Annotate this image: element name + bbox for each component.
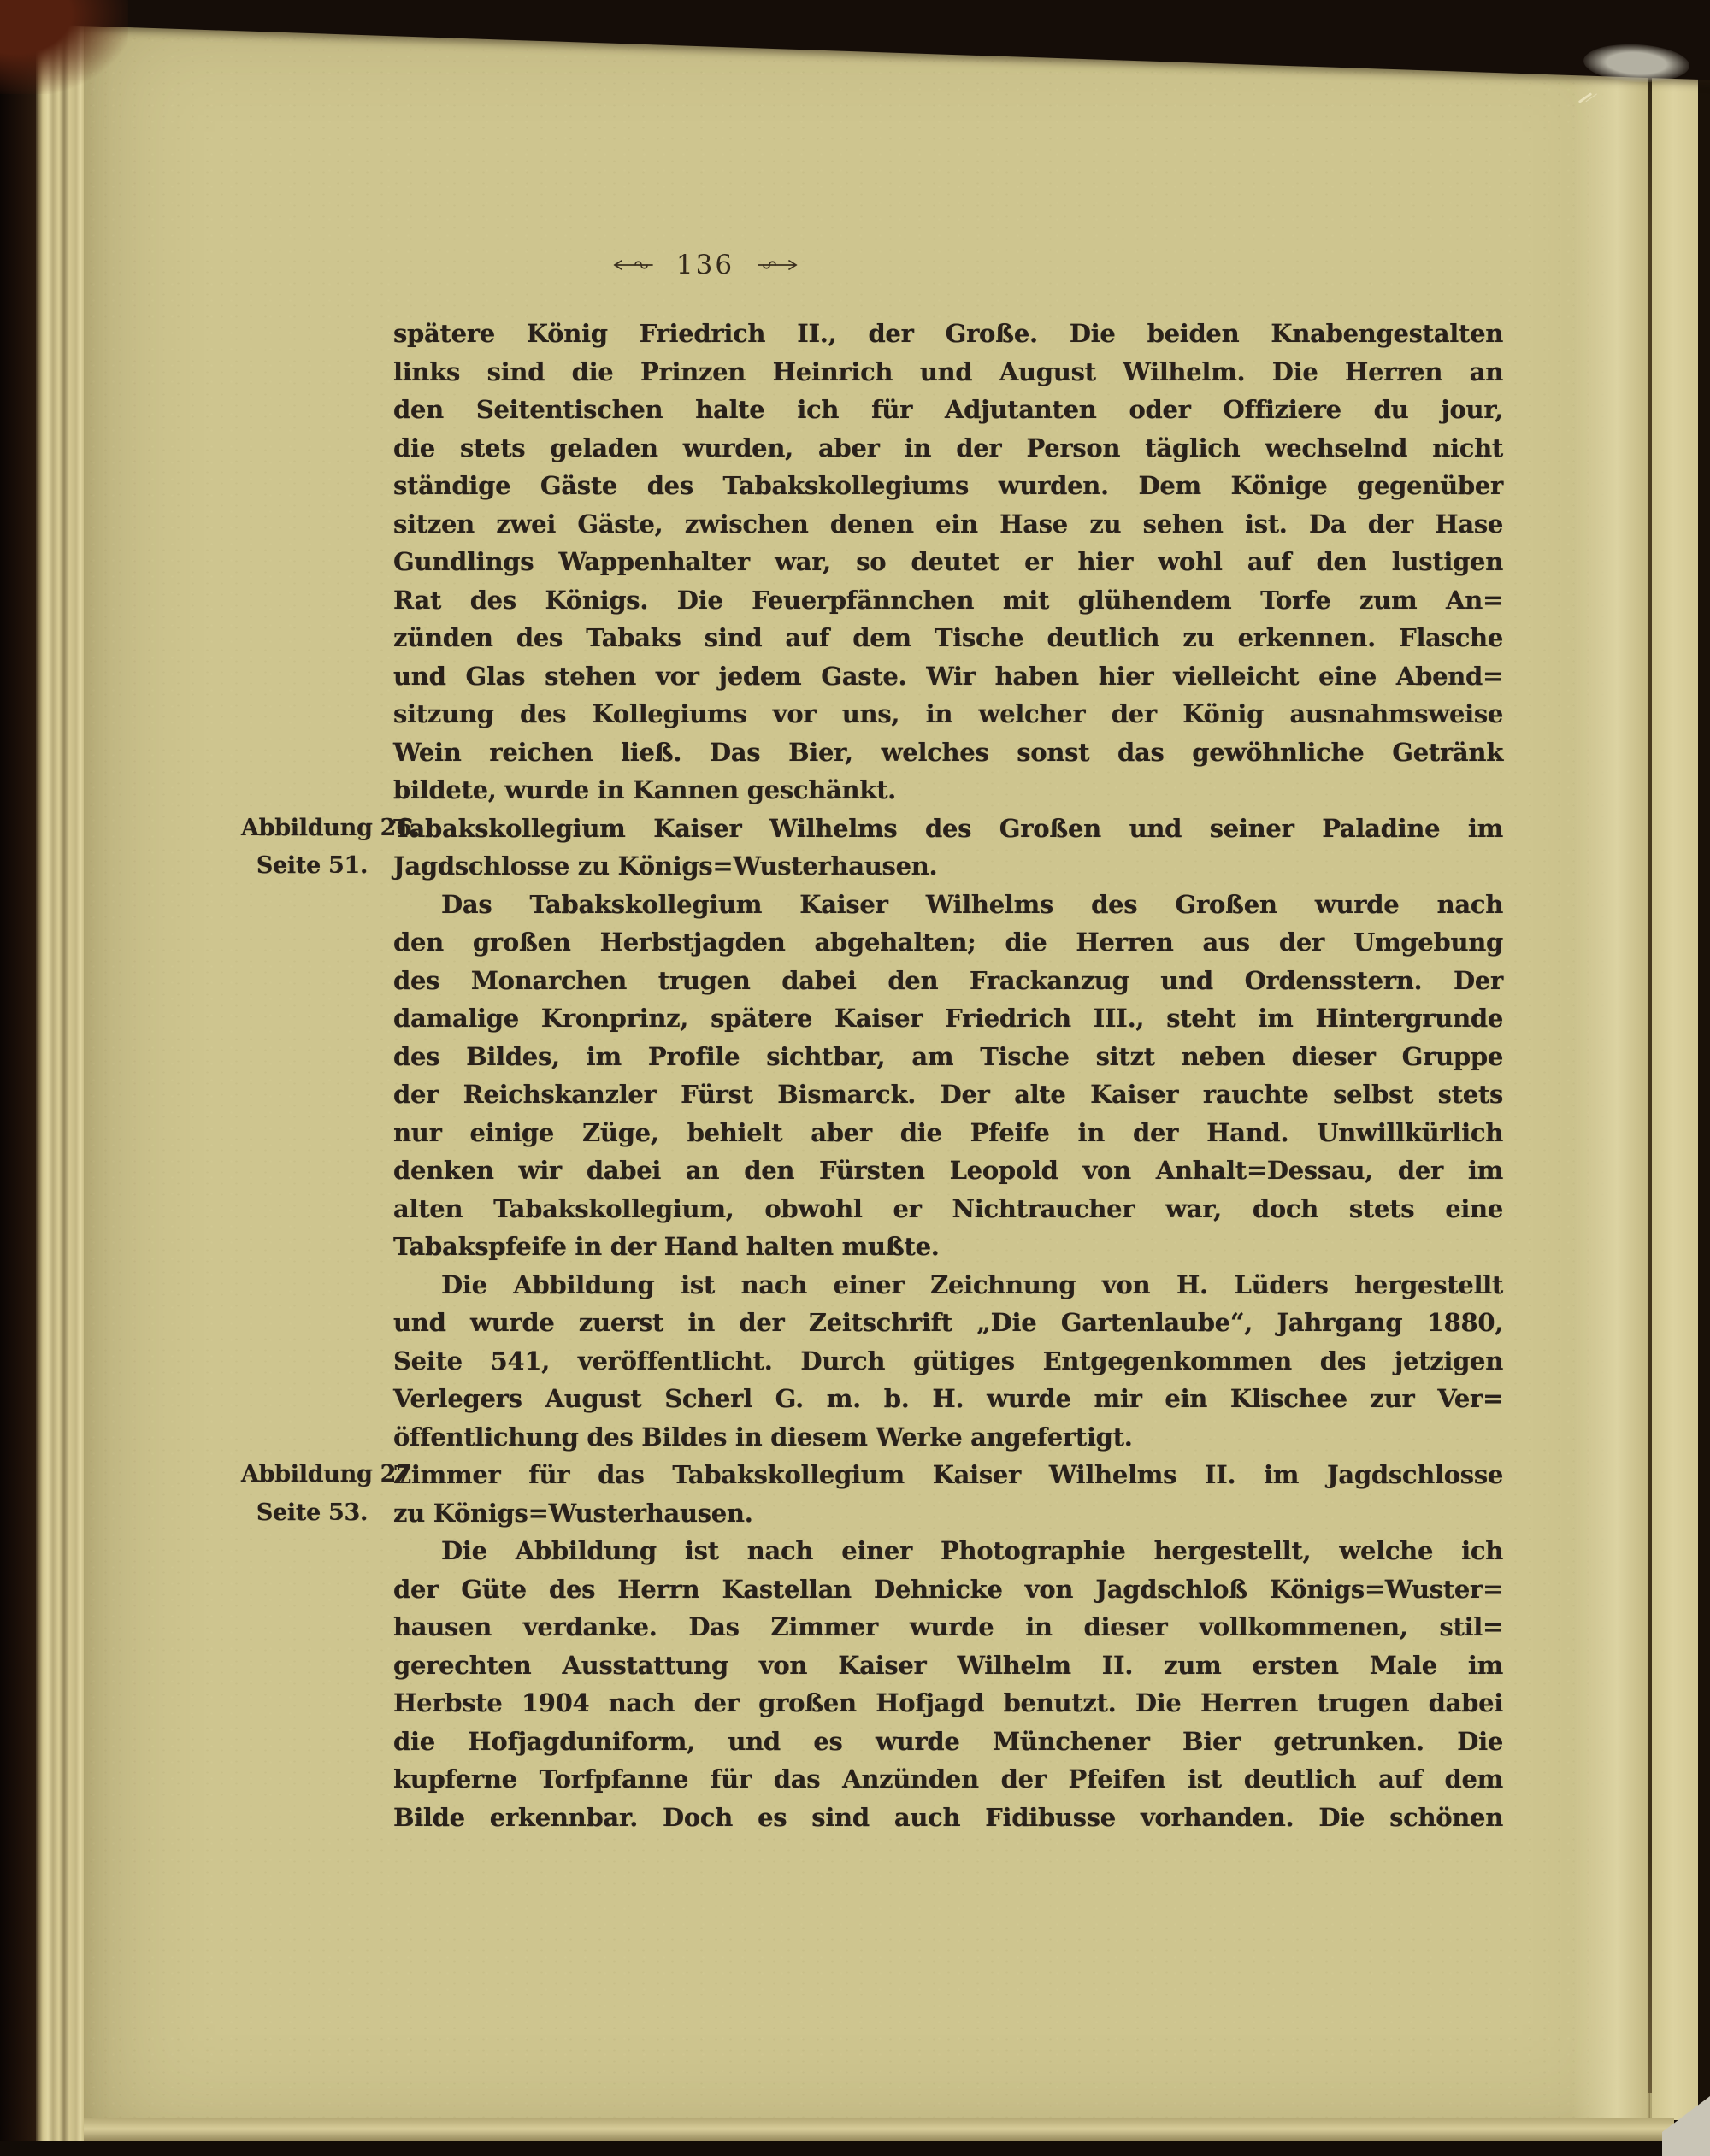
text-line: des Monarchen trugen dabei den Frackanzu… bbox=[393, 962, 1503, 1000]
text-line: öffentlichung des Bildes in diesem Werke… bbox=[393, 1418, 1503, 1457]
margin-note: Seite 53. bbox=[241, 1494, 383, 1533]
margin-note: Abbildung 27. bbox=[241, 1456, 383, 1494]
margin-note: Abbildung 26. bbox=[241, 810, 383, 848]
book-page-scan: 136 spätere König Friedrich II., der Gro… bbox=[0, 0, 1710, 2156]
text-line: Bilde erkennbar. Doch es sind auch Fidib… bbox=[393, 1799, 1503, 1837]
text-line: des Bildes, im Profile sichtbar, am Tisc… bbox=[393, 1038, 1503, 1076]
text-line: kupferne Torfpfanne für das Anzünden der… bbox=[393, 1760, 1503, 1799]
text-line: Die Abbildung ist nach einer Photographi… bbox=[393, 1532, 1503, 1570]
text-line: zu Königs=Wusterhausen.Seite 53. bbox=[393, 1494, 1503, 1533]
book-spine bbox=[0, 0, 36, 2156]
text-line: der Reichskanzler Fürst Bismarck. Der al… bbox=[393, 1075, 1503, 1114]
text-line: den großen Herbstjagden abgehalten; die … bbox=[393, 923, 1503, 962]
page-curl-highlight bbox=[1571, 51, 1650, 2120]
text-line: sitzung des Kollegiums vor uns, in welch… bbox=[393, 695, 1503, 733]
text-line: Zimmer für das Tabakskollegium Kaiser Wi… bbox=[393, 1456, 1503, 1494]
margin-note: Seite 51. bbox=[241, 847, 383, 886]
text-line: Herbste 1904 nach der großen Hofjagd ben… bbox=[393, 1684, 1503, 1723]
text-line: denken wir dabei an den Fürsten Leopold … bbox=[393, 1152, 1503, 1190]
page-crease bbox=[1648, 65, 1652, 2093]
page-stack-edges bbox=[36, 0, 84, 2156]
text-line: und Glas stehen vor jedem Gaste. Wir hab… bbox=[393, 657, 1503, 696]
text-line: die stets geladen wurden, aber in der Pe… bbox=[393, 429, 1503, 468]
text-line: und wurde zuerst in der Zeitschrift „Die… bbox=[393, 1304, 1503, 1342]
text-line: links sind die Prinzen Heinrich und Augu… bbox=[393, 353, 1503, 392]
text-line: die Hofjagduniform, und es wurde München… bbox=[393, 1723, 1503, 1761]
text-line: Wein reichen ließ. Das Bier, welches son… bbox=[393, 733, 1503, 772]
text-line: damalige Kronprinz, spätere Kaiser Fried… bbox=[393, 999, 1503, 1038]
text-line: Verlegers August Scherl G. m. b. H. wurd… bbox=[393, 1380, 1503, 1418]
text-line: sitzen zwei Gäste, zwischen denen ein Ha… bbox=[393, 505, 1503, 544]
folio-header: 136 bbox=[581, 250, 829, 280]
text-line: alten Tabakskollegium, obwohl er Nichtra… bbox=[393, 1190, 1503, 1228]
text-line: den Seitentischen halte ich für Adjutant… bbox=[393, 391, 1503, 429]
bottom-page-edges bbox=[84, 2118, 1674, 2142]
text-line: nur einige Züge, behielt aber die Pfeife… bbox=[393, 1114, 1503, 1152]
text-line: hausen verdanke. Das Zimmer wurde in die… bbox=[393, 1608, 1503, 1646]
text-line: zünden des Tabaks sind auf dem Tische de… bbox=[393, 619, 1503, 657]
folio-number: 136 bbox=[676, 250, 734, 280]
text-line: Das Tabakskollegium Kaiser Wilhelms des … bbox=[393, 886, 1503, 924]
text-block: spätere König Friedrich II., der Große. … bbox=[393, 315, 1503, 1836]
text-line: Rat des Königs. Die Feuerpfännchen mit g… bbox=[393, 581, 1503, 620]
text-line: Tabakskollegium Kaiser Wilhelms des Groß… bbox=[393, 810, 1503, 848]
text-line: gerechten Ausstattung von Kaiser Wilhelm… bbox=[393, 1646, 1503, 1685]
text-line: bildete, wurde in Kannen geschänkt. bbox=[393, 771, 1503, 810]
text-line: Gundlings Wappenhalter war, so deutet er… bbox=[393, 543, 1503, 581]
header-ornament-right-icon bbox=[757, 258, 798, 272]
text-line: Jagdschlosse zu Königs=Wusterhausen.Seit… bbox=[393, 847, 1503, 886]
right-edge-shadow bbox=[1698, 0, 1710, 2156]
header-ornament-left-icon bbox=[613, 258, 654, 272]
text-line: spätere König Friedrich II., der Große. … bbox=[393, 315, 1503, 353]
cover-corner bbox=[0, 0, 128, 94]
next-page-edge bbox=[1652, 51, 1700, 2120]
text-line: ständige Gäste des Tabakskollegiums wurd… bbox=[393, 467, 1503, 505]
bottom-shadow-band bbox=[0, 2141, 1710, 2156]
text-line: Tabakspfeife in der Hand halten mußte. bbox=[393, 1228, 1503, 1266]
text-line: Die Abbildung ist nach einer Zeichnung v… bbox=[393, 1266, 1503, 1305]
text-line: Seite 541, veröffentlicht. Durch gütiges… bbox=[393, 1342, 1503, 1381]
text-line: der Güte des Herrn Kastellan Dehnicke vo… bbox=[393, 1570, 1503, 1609]
